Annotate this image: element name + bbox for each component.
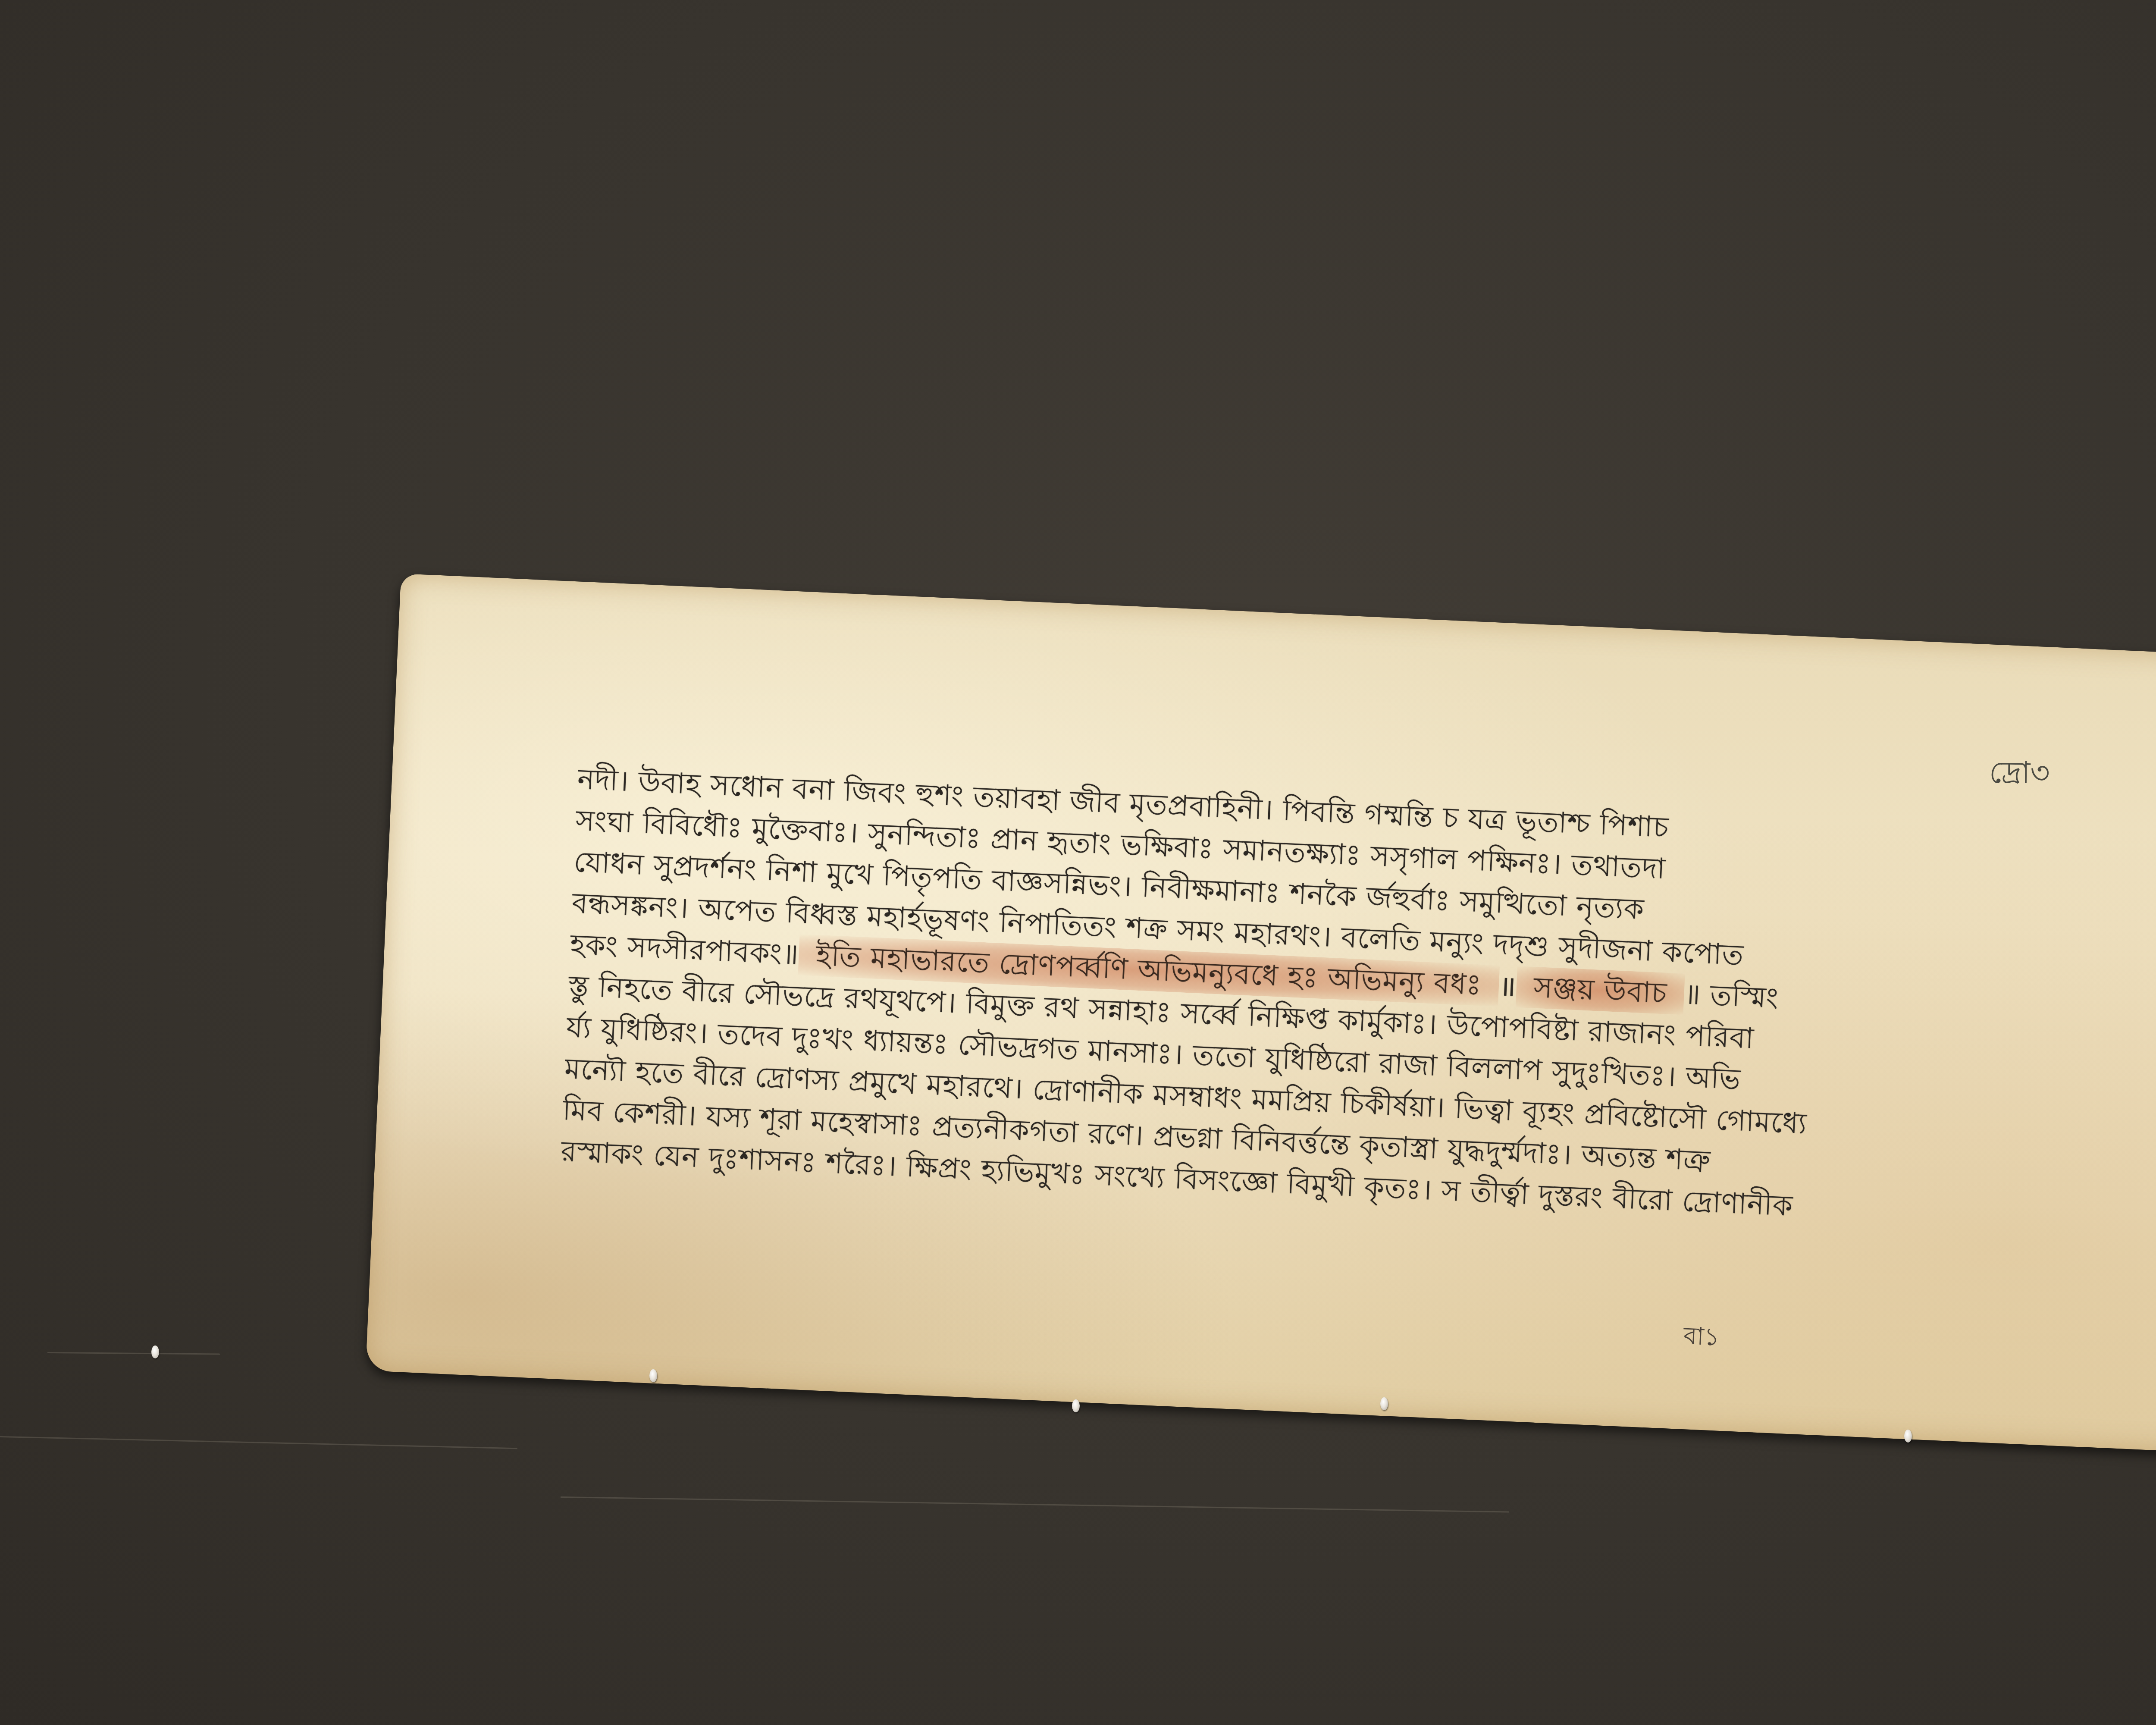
manuscript-leaf: দ্রো৩ নদী। উবাহ সধোন বনা জিবং হুশং তয়াব… <box>366 574 2156 1456</box>
colophon-trail-text: ॥ তস্মিং <box>1683 973 1780 1019</box>
marginal-bottom-note: বা১ <box>1683 1317 1720 1359</box>
pin-icon <box>1380 1397 1388 1410</box>
pin-icon <box>1904 1430 1912 1443</box>
pin-icon <box>151 1345 159 1358</box>
marginal-folio-label: দ্রো৩ <box>1989 749 2050 800</box>
manuscript-text-block: নদী। উবাহ সধোন বনা জিবং হুশং তয়াবহা জীব… <box>560 759 2086 1239</box>
rubric-speaker-heading: সঞ্জয় উবাচ <box>1516 966 1686 1015</box>
pin-icon <box>649 1369 657 1382</box>
danda-separator: ॥ <box>1498 965 1517 1007</box>
pin-icon <box>1072 1399 1080 1412</box>
